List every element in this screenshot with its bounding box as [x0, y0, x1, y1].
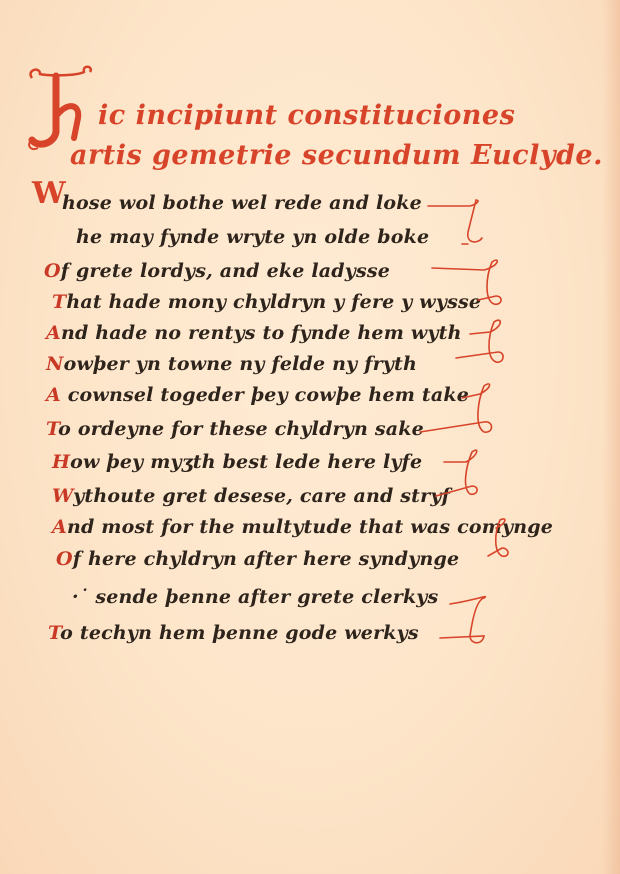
line-text: ·˙ sende þenne after grete clerkys	[72, 586, 438, 608]
line-text: o techyn hem þenne gode werkys	[60, 622, 419, 644]
line-text: nd hade no rentys to fynde hem wyth	[61, 322, 462, 344]
line-capital: A	[46, 384, 61, 406]
line-capital: O	[44, 260, 61, 282]
line-text: he may fynde wryte yn olde boke	[76, 226, 429, 248]
verse-line: Wythoute gret desese, care and stryf	[52, 485, 450, 507]
line-capital: H	[52, 451, 70, 473]
verse-line: To ordeyne for these chyldryn sake	[46, 418, 424, 440]
verse-line: And most for the multytude that was comy…	[52, 516, 553, 538]
verse-line: Of grete lordys, and eke ladysse	[44, 260, 390, 282]
verse-line: Of here chyldryn after here syndynge	[56, 548, 459, 570]
verse-line: A cownsel togeder þey cowþe hem take	[46, 384, 469, 406]
line-text: hose wol bothe wel rede and loke	[62, 192, 422, 214]
line-capital: N	[46, 353, 64, 375]
line-text: f grete lordys, and eke ladysse	[61, 260, 390, 282]
line-text: cownsel togeder þey cowþe hem take	[61, 384, 469, 406]
line-text: ow þey myʒth best lede here lyfe	[70, 451, 422, 473]
verse-line: To techyn hem þenne gode werkys	[48, 622, 419, 644]
verse-line: That hade mony chyldryn y fere y wysse	[52, 291, 481, 313]
line-capital: T	[52, 291, 66, 313]
line-text: hat hade mony chyldryn y fere y wysse	[66, 291, 481, 313]
line-capital: A	[46, 322, 61, 344]
line-capital: W	[52, 485, 73, 507]
line-text: f here chyldryn after here syndynge	[73, 548, 459, 570]
verse-line: he may fynde wryte yn olde boke	[76, 226, 429, 248]
verse-line: ·˙ sende þenne after grete clerkys	[72, 586, 438, 608]
manuscript-page: ic incipiunt constituciones artis gemetr…	[0, 0, 620, 874]
line-text: o ordeyne for these chyldryn sake	[58, 418, 424, 440]
verse-line: hose wol bothe wel rede and loke	[62, 192, 422, 214]
title-text-1: ic incipiunt constituciones	[98, 100, 515, 131]
verse-line: Nowþer yn towne ny felde ny fryth	[46, 353, 417, 375]
line-text: ythoute gret desese, care and stryf	[73, 485, 450, 507]
title-line-1: ic incipiunt constituciones	[98, 100, 515, 131]
title-line-2: artis gemetrie secundum Euclyde.	[70, 140, 603, 171]
title-text-2: artis gemetrie secundum Euclyde.	[70, 140, 603, 171]
line-capital: T	[46, 418, 58, 440]
line-text: owþer yn towne ny felde ny fryth	[64, 353, 417, 375]
verse-line: How þey myʒth best lede here lyfe	[52, 451, 422, 473]
initial-w: W	[32, 176, 66, 211]
line-capital: A	[52, 516, 67, 538]
line-capital: O	[56, 548, 73, 570]
verse-line: And hade no rentys to fynde hem wyth	[46, 322, 462, 344]
line-capital: T	[48, 622, 60, 644]
line-text: nd most for the multytude that was comyn…	[67, 516, 553, 538]
